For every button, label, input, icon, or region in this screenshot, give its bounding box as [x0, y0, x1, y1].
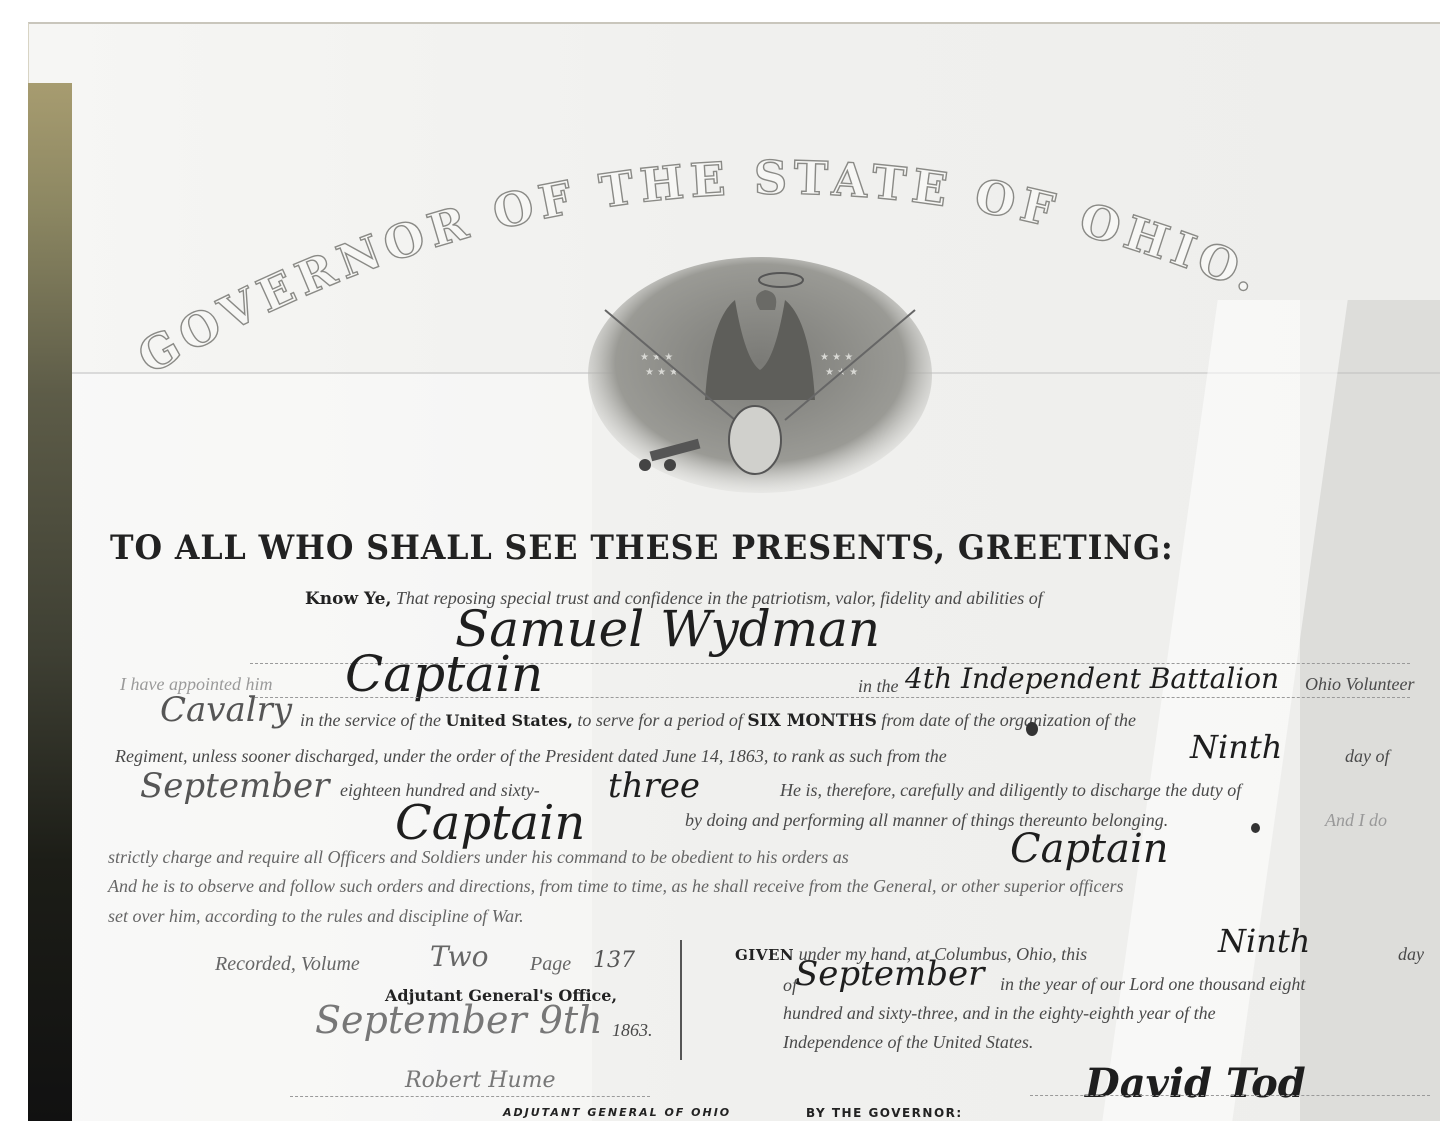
body-line-4-suffix: day of — [1345, 746, 1390, 767]
record-volume: Two — [430, 940, 489, 973]
svg-text:★ ★ ★: ★ ★ ★ — [820, 352, 853, 363]
body-line-5-b: He is, therefore, carefully and diligent… — [780, 780, 1241, 801]
dotted-line — [250, 697, 1410, 698]
given-day: Ninth — [1218, 922, 1310, 960]
dotted-line — [1030, 1095, 1430, 1096]
governor-signature: David Tod — [1085, 1060, 1306, 1107]
rank-1: Captain — [345, 645, 543, 703]
rank-3: Captain — [1010, 826, 1169, 872]
given-line-3: hundred and sixty-three, and in the eigh… — [783, 1003, 1216, 1024]
given-line-2: in the year of our Lord one thousand eig… — [1000, 974, 1305, 995]
body-line-3-b: to serve for a period of — [577, 710, 742, 730]
bracket — [680, 940, 688, 1060]
body-line-3-a: in the service of the — [300, 710, 441, 730]
united-states-print: United States, — [445, 711, 572, 730]
year-word: three — [608, 766, 700, 806]
body-line-9: set over him, according to the rules and… — [108, 906, 524, 927]
given-month: September — [795, 954, 984, 994]
rank-from-day: Ninth — [1190, 728, 1282, 766]
record-date: September 9th — [315, 998, 603, 1042]
by-the-governor: BY THE GOVERNOR: — [806, 1106, 963, 1120]
dotted-line — [290, 1096, 650, 1097]
branch: Cavalry — [160, 690, 292, 730]
body-line-4: Regiment, unless sooner discharged, unde… — [115, 746, 947, 767]
body-line-2-suffix: Ohio Volunteer — [1305, 674, 1415, 695]
adjutant-signature: Robert Hume — [405, 1068, 556, 1093]
know-ye: Know Ye, — [305, 589, 391, 609]
ink-spot — [1251, 823, 1260, 833]
given-label: GIVEN — [735, 946, 794, 964]
day-label: day — [1398, 944, 1424, 965]
service-period: SIX MONTHS — [747, 711, 877, 731]
record-page: 137 — [593, 948, 635, 973]
eagle-emblem-icon: ★ ★ ★★ ★ ★ ★ ★ ★★ ★ ★ — [585, 250, 935, 495]
month-1: September — [140, 766, 329, 806]
record-year: 1863. — [612, 1020, 653, 1041]
ink-spot — [1026, 722, 1038, 736]
body-line-3-c: from date of the organization of the — [881, 710, 1136, 730]
adjutant-title: ADJUTANT GENERAL OF OHIO — [503, 1106, 731, 1119]
page-label: Page — [530, 953, 571, 976]
body-line-3: in the service of the United States, to … — [300, 710, 1136, 731]
given-line-4: Independence of the United States. — [783, 1032, 1033, 1053]
body-line-7: strictly charge and require all Officers… — [108, 847, 849, 868]
body-line-2-in-the: in the — [858, 676, 899, 697]
greeting-heading: TO ALL WHO SHALL SEE THESE PRESENTS, GRE… — [110, 528, 1174, 568]
body-line-8: And he is to observe and follow such ord… — [108, 876, 1124, 897]
unit-name: 4th Independent Battalion — [905, 662, 1279, 695]
body-line-6-b: And I do — [1325, 810, 1387, 831]
rank-2: Captain — [395, 795, 585, 851]
recorded-label: Recorded, Volume — [215, 953, 360, 976]
